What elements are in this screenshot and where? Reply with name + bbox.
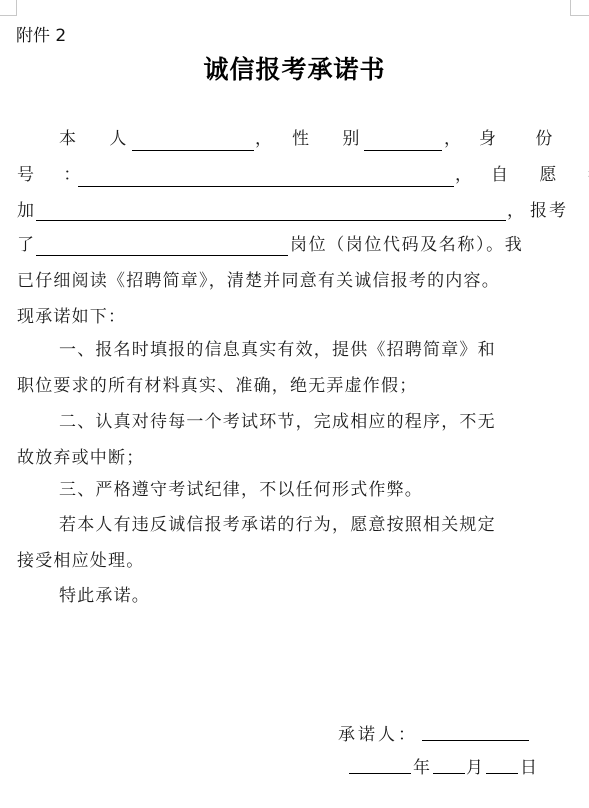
commitment-2-line-b: 故放弃或中断； xyxy=(17,440,569,476)
gender-field[interactable] xyxy=(364,150,442,151)
comma: ， xyxy=(455,157,472,193)
consequence-line-b: 接受相应处理。 xyxy=(17,543,569,579)
promise-intro: 现承诺如下： xyxy=(17,299,569,335)
day-field[interactable] xyxy=(486,773,518,774)
exam-name-field[interactable] xyxy=(36,220,506,221)
read-statement: 已仔细阅读《招聘简章》，清楚并同意有关诚信报考的内容。 xyxy=(17,263,569,299)
month-field[interactable] xyxy=(433,773,465,774)
comma: ， xyxy=(507,193,524,229)
apply-label: 报考 xyxy=(530,193,568,229)
consequence-line-a: 若本人有违反诚信报考承诺的行为，愿意按照相关规定 xyxy=(17,507,569,543)
form-line-3: 加 ， 报考 xyxy=(17,193,569,229)
position-field[interactable] xyxy=(36,255,288,256)
form-line-2: 号 ： ， 自 愿 参 xyxy=(17,157,569,193)
page-corner-marker-top-left xyxy=(0,0,17,16)
gender-label: 性 别 xyxy=(292,121,373,157)
form-line-1: 本 人 ， 性 别 ， 身 份 证 xyxy=(17,121,569,157)
join-label: 加 xyxy=(17,193,34,229)
day-label: 日 xyxy=(520,753,537,778)
comma: ， xyxy=(444,121,461,157)
commitment-2-line-a: 二、认真对待每一个考试环节，完成相应的程序，不无 xyxy=(17,404,569,440)
id-number-label: 身 份 证 xyxy=(479,121,589,157)
id-number-label-cont: 号 ： xyxy=(17,157,92,193)
id-number-field[interactable] xyxy=(78,186,454,187)
name-field[interactable] xyxy=(132,150,254,151)
year-field[interactable] xyxy=(349,773,411,774)
name-label: 本 人 xyxy=(59,121,140,157)
volunteer-label: 自 愿 参 xyxy=(491,157,589,193)
position-label: 岗位（岗位代码及名称）。我 xyxy=(290,227,523,263)
page-corner-marker-top-right xyxy=(570,0,589,16)
form-line-4: 了 岗位（岗位代码及名称）。我 xyxy=(17,227,569,263)
comma: ， xyxy=(255,121,272,157)
year-label: 年 xyxy=(413,753,430,778)
signer-field[interactable] xyxy=(422,740,529,741)
commitment-1-line-a: 一、报名时填报的信息真实有效，提供《招聘简章》和 xyxy=(17,332,569,368)
le-label: 了 xyxy=(17,227,34,263)
document-title: 诚信报考承诺书 xyxy=(0,50,589,86)
month-label: 月 xyxy=(466,753,483,778)
commitment-1-line-b: 职位要求的所有材料真实、准确，绝无弄虚作假； xyxy=(17,368,569,404)
signer-label: 承诺人： xyxy=(338,720,418,745)
closing-statement: 特此承诺。 xyxy=(17,578,569,614)
commitment-3: 三、严格遵守考试纪律，不以任何形式作弊。 xyxy=(17,472,569,508)
attachment-label: 附件 2 xyxy=(16,21,66,46)
